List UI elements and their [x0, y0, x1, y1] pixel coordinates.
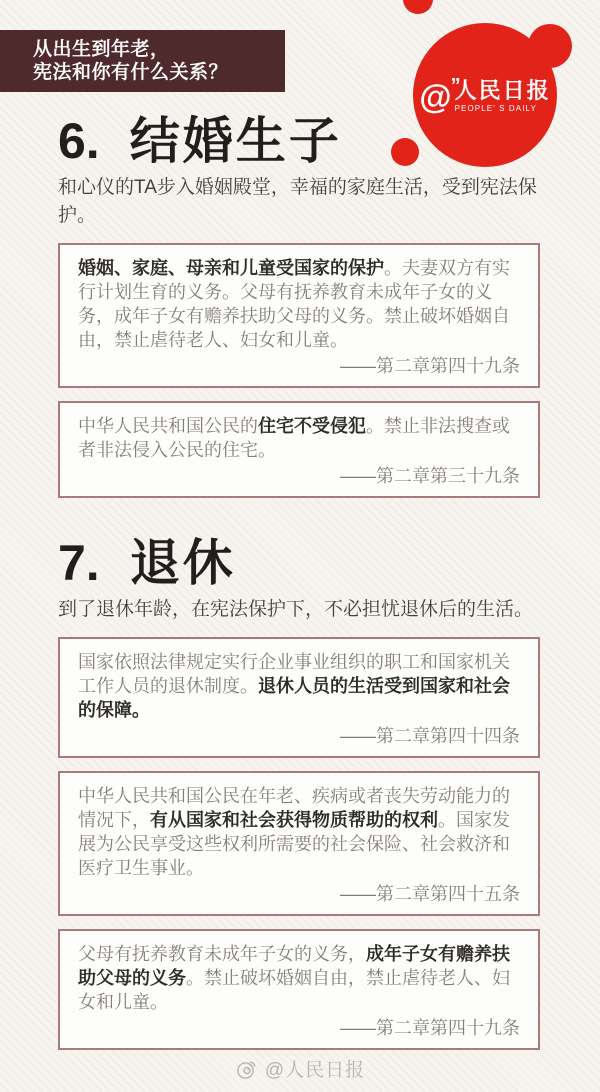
article-text: 国家依照法律规定实行企业事业组织的职工和国家机关工作人员的退休制度。退休人员的生…	[78, 650, 520, 722]
article-text: 父母有抚养教育未成年子女的义务，成年子女有赡养扶助父母的义务。禁止破坏婚姻自由，…	[78, 942, 520, 1014]
article-segment: 父母有抚养教育未成年子女的义务，	[78, 944, 366, 964]
article-box: 国家依照法律规定实行企业事业组织的职工和国家机关工作人员的退休制度。退休人员的生…	[58, 637, 540, 758]
article-list: 婚姻、家庭、母亲和儿童受国家的保护。夫妻双方有实行计划生育的义务。父母有抚养教育…	[58, 243, 540, 498]
article-segment-bold: 住宅不受侵犯	[258, 416, 366, 436]
article-source: ——第二章第四十九条	[78, 354, 520, 378]
article-box: 婚姻、家庭、母亲和儿童受国家的保护。夫妻双方有实行计划生育的义务。父母有抚养教育…	[58, 243, 540, 388]
article-source: ——第二章第四十九条	[78, 1016, 520, 1040]
section-marriage: 6. 结婚生子 和心仪的TA步入婚姻殿堂，幸福的家庭生活，受到宪法保护。 婚姻、…	[58, 114, 540, 498]
article-text: 婚姻、家庭、母亲和儿童受国家的保护。夫妻双方有实行计划生育的义务。父母有抚养教育…	[78, 256, 520, 352]
article-list: 国家依照法律规定实行企业事业组织的职工和国家机关工作人员的退休制度。退休人员的生…	[58, 637, 540, 1050]
section-title: 结婚生子	[130, 114, 342, 168]
article-box: 中华人民共和国公民的住宅不受侵犯。禁止非法搜查或者非法侵入公民的住宅。——第二章…	[58, 401, 540, 498]
section-intro: 到了退休年龄，在宪法保护下，不必担忧退休后的生活。	[58, 596, 540, 624]
weibo-icon	[235, 1057, 259, 1081]
section-retirement: 7. 退休 到了退休年龄，在宪法保护下，不必担忧退休后的生活。 国家依照法律规定…	[58, 536, 540, 1050]
section-intro: 和心仪的TA步入婚姻殿堂，幸福的家庭生活，受到宪法保护。	[58, 174, 540, 230]
main-content: 6. 结婚生子 和心仪的TA步入婚姻殿堂，幸福的家庭生活，受到宪法保护。 婚姻、…	[0, 0, 600, 1050]
section-number: 6.	[58, 114, 100, 168]
article-source: ——第二章第三十九条	[78, 464, 520, 488]
article-text: 中华人民共和国公民在年老、疾病或者丧失劳动能力的情况下，有从国家和社会获得物质帮…	[78, 784, 520, 880]
article-box: 父母有抚养教育未成年子女的义务，成年子女有赡养扶助父母的义务。禁止破坏婚姻自由，…	[58, 929, 540, 1050]
article-text: 中华人民共和国公民的住宅不受侵犯。禁止非法搜查或者非法侵入公民的住宅。	[78, 414, 520, 462]
article-source: ——第二章第四十四条	[78, 724, 520, 748]
article-source: ——第二章第四十五条	[78, 882, 520, 906]
infographic-page: @ 人民日报 PEOPLE' S DAILY 从出生到年老， 宪法和你有什么关系…	[0, 0, 600, 1092]
article-segment: 中华人民共和国公民的	[78, 416, 258, 436]
section-title: 退休	[130, 536, 236, 590]
footer-watermark: @人民日报	[0, 1055, 600, 1082]
watermark-text: @人民日报	[265, 1055, 365, 1082]
section-heading: 6. 结婚生子	[58, 114, 540, 168]
section-heading: 7. 退休	[58, 536, 540, 590]
section-number: 7.	[58, 536, 100, 590]
article-segment-bold: 有从国家和社会获得物质帮助的权利	[150, 810, 438, 830]
article-segment-bold: 婚姻、家庭、母亲和儿童受国家的保护	[78, 258, 384, 278]
article-box: 中华人民共和国公民在年老、疾病或者丧失劳动能力的情况下，有从国家和社会获得物质帮…	[58, 771, 540, 916]
